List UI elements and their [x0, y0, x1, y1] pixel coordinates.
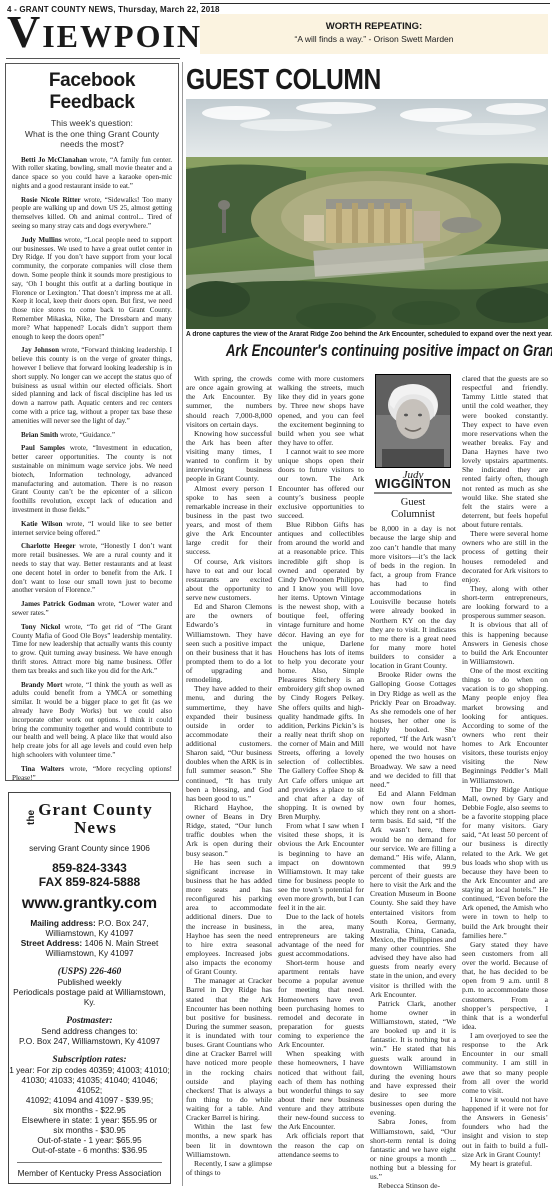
rate-line: Out-of-state - 6 months: $36.95	[9, 1145, 170, 1155]
commenter-name: Charlotte Heeger	[21, 542, 76, 550]
postmaster-line2: P.O. Box 247, Williamstown, Ky 41097	[9, 1036, 170, 1046]
article-paragraph: He has seen such a significant increase …	[186, 858, 272, 977]
article-paragraph: There were several home owners who are s…	[462, 529, 548, 584]
byline-block: Judy WIGGINTON Guest Columnist	[370, 374, 456, 520]
facebook-comment: Brandy Mort wrote, “I think the youth as…	[12, 681, 172, 760]
facebook-comment: Charlotte Heeger wrote, “Honestly I don’…	[12, 542, 172, 595]
paper-info-box: the Grant County News serving Grant Coun…	[8, 792, 171, 1184]
commenter-name: Katie Wilson	[21, 520, 62, 528]
facebook-comment: Paul Samples wrote, “Investment in educa…	[12, 444, 172, 514]
ark-aerial-photo-illustration	[186, 99, 548, 329]
rate-line: 41092; 41094 and 41097 - $39.95;	[9, 1095, 170, 1105]
published-weekly: Published weekly	[9, 977, 170, 987]
guest-column-header: GUEST COLUMN	[186, 64, 381, 97]
facebook-feedback-section: Facebook Feedback This week's question: …	[5, 63, 179, 781]
article-paragraph: Ark officials report that the reason the…	[278, 1131, 364, 1158]
article-paragraph: Gary stated they have seen customers fro…	[462, 940, 548, 1031]
article-paragraph: One of the most exciting things to do wh…	[462, 666, 548, 785]
article-column-2: come with more customers walking the str…	[278, 374, 364, 1196]
article-paragraph: It is obvious that all of this is happen…	[462, 620, 548, 666]
newspaper-page: 4 - GRANT COUNTY NEWS, Thursday, March 2…	[0, 0, 552, 1200]
article-paragraph: I cannot wait to see more unique shops o…	[278, 447, 364, 520]
article-paragraph: Of course, Ark visitors have to eat and …	[186, 557, 272, 603]
article-paragraph: Ed and Alann Feldman now own four homes,…	[370, 789, 456, 999]
ark-aerial-photo	[186, 99, 548, 329]
paper-title-line2: News	[74, 818, 117, 837]
usps-number: (USPS) 226-460	[9, 967, 170, 977]
article-paragraph: When speaking with these homeowners, I h…	[278, 1049, 364, 1131]
article-paragraph: Almost every person I spoke to has seen …	[186, 484, 272, 557]
rate-line: Out-of-state - 1 year: $65.95	[9, 1135, 170, 1145]
postmaster-label: Postmaster:	[9, 1016, 170, 1026]
facebook-comment: Brian Smith wrote, “Guidance.”	[12, 431, 172, 440]
paper-fax: FAX 859-824-5888	[9, 875, 170, 889]
article-paragraph: Blue Ribbon Gifts has antiques and colle…	[278, 520, 364, 821]
article-paragraph: Richard Hayhoe, the owner of Beans in Dr…	[186, 803, 272, 858]
facebook-comment: Judy Mullins wrote, “Local people need t…	[12, 236, 172, 342]
rate-line: 41030; 41033; 41035; 41040; 41046; 41052…	[9, 1075, 170, 1095]
article-paragraph: Ed and Sharon Clemons are the owners of …	[186, 602, 272, 684]
article-paragraph: They, along with other short-term entrep…	[462, 584, 548, 621]
rate-line: Elsewhere in state: 1 year: $55.95 or	[9, 1115, 170, 1125]
article-paragraph: Knowing how successful the Ark has been …	[186, 429, 272, 484]
weekly-question-intro: This week's question:	[12, 118, 172, 129]
commenter-name: Brandy Mort	[21, 681, 62, 689]
rate-line: 1 year: For zip codes 40359; 41003; 4101…	[9, 1065, 170, 1075]
brand-the: the	[27, 813, 37, 825]
facebook-comment: Tony Nickol wrote, “To get rid of “The G…	[12, 623, 172, 676]
article-paragraph: With spring, the crowds are once again g…	[186, 374, 272, 429]
article-paragraph: Within the last few months, a new spark …	[186, 1122, 272, 1159]
columnist-role: Guest Columnist	[383, 497, 443, 520]
article-paragraph: Due to the lack of hotels in the area, m…	[278, 912, 364, 958]
article-paragraph: come with more customers walking the str…	[278, 374, 364, 447]
mailing-address-line: Mailing address: P.O. Box 247,	[9, 918, 170, 928]
columnist-portrait	[375, 374, 451, 468]
commenter-name: Judy Mullins	[21, 236, 62, 244]
article-paragraph: Recently, I saw a glimpse of things to	[186, 1159, 272, 1177]
commenter-name: Tina Walters	[21, 765, 64, 773]
article-paragraph: Sabra Jones, from Williamstown, said, “O…	[370, 1117, 456, 1181]
postmaster-line1: Send address changes to:	[9, 1026, 170, 1036]
paper-phone: 859-824-3343	[9, 861, 170, 875]
rate-line: six months - $30.95	[9, 1125, 170, 1135]
facebook-comment: Tina Walters wrote, “More recycling opti…	[12, 765, 172, 781]
commenter-name: Betti Jo McClanahan	[21, 156, 87, 164]
paper-website: www.grantky.com	[9, 899, 170, 909]
article-column-4: clared that the guests are so respectful…	[462, 374, 548, 1196]
column-divider	[182, 62, 183, 1186]
facebook-comment: Betti Jo McClanahan wrote, “A family fun…	[12, 156, 172, 191]
article-paragraph: I know it would not have happened if it …	[462, 1095, 548, 1159]
commenter-name: Rosie Nicole Ritter	[21, 196, 81, 204]
article-paragraph: be 8,000 in a day is not because the lar…	[370, 524, 456, 670]
mailing-address-city: Williamstown, Ky 41097	[9, 928, 170, 938]
facebook-comment: Katie Wilson wrote, “I would like to see…	[12, 520, 172, 538]
top-rule	[200, 3, 550, 4]
article-paragraph: From what I saw when I visited these sho…	[278, 821, 364, 912]
article-paragraph: Short-term house and apartment rentals h…	[278, 958, 364, 1049]
worth-repeating-quote: “A will finds a way.” - Orison Swett Mar…	[200, 34, 548, 44]
street-address-city: Williamstown, Ky 41097	[9, 948, 170, 958]
commenter-name: Brian Smith	[21, 431, 58, 439]
commenter-name: James Patrick Godman	[21, 600, 95, 608]
street-address-line: Street Address: 1406 N. Main Street	[9, 938, 170, 948]
commenter-name: Paul Samples	[21, 444, 65, 452]
weekly-question: What is the one thing Grant County needs…	[12, 129, 172, 150]
worth-repeating-box: WORTH REPEATING: “A will finds a way.” -…	[200, 14, 548, 54]
byline-rule	[374, 492, 452, 494]
article-paragraph: Patrick Clark, another home owner in Wil…	[370, 999, 456, 1118]
worth-repeating-label: WORTH REPEATING:	[200, 21, 548, 32]
paper-tagline: serving Grant County since 1906	[9, 843, 170, 853]
paper-brand: the Grant County News	[9, 801, 170, 837]
masthead-rule	[6, 58, 180, 59]
article-paragraph: I am overjoyed to see the response to th…	[462, 1031, 548, 1095]
article-paragraph: The Dry Ridge Antique Mall, owned by Gar…	[462, 785, 548, 940]
article-column-3-text: be 8,000 in a day is not because the lar…	[370, 524, 456, 1190]
article-paragraph: Brooke Rider owns the Galloping Goose Co…	[370, 670, 456, 789]
press-association-note: Member of Kentucky Press Association	[17, 1162, 162, 1178]
article-paragraph: Rebecca Stinson de-	[370, 1181, 456, 1190]
columnist-last-name: WIGGINTON	[370, 480, 456, 489]
facebook-comment: Rosie Nicole Ritter wrote, “Sidewalks! T…	[12, 196, 172, 231]
article-paragraph: clared that the guests are so respectful…	[462, 374, 548, 529]
facebook-comment: James Patrick Godman wrote, “Lower water…	[12, 600, 172, 618]
article-column-3: Judy WIGGINTON Guest Columnist be 8,000 …	[370, 374, 456, 1196]
facebook-feedback-title: Facebook Feedback	[12, 70, 172, 114]
periodicals-note: Periodicals postage paid at Williamstown…	[9, 987, 170, 1007]
commenter-name: Jay Johnson	[21, 346, 59, 354]
article-paragraph: They have added to their menu, and durin…	[186, 684, 272, 803]
article-paragraph: My heart is grateful.	[462, 1159, 548, 1168]
commenter-name: Tony Nickol	[21, 623, 60, 631]
article-column-1: With spring, the crowds are once again g…	[186, 374, 272, 1196]
paper-title: Grant County News	[38, 801, 152, 837]
photo-caption: A drone captures the view of the Ararat …	[186, 331, 526, 338]
article-headline: Ark Encounter's continuing positive impa…	[226, 341, 508, 361]
section-masthead: Viewpoint	[7, 8, 225, 56]
facebook-comments-list: Betti Jo McClanahan wrote, “A family fun…	[12, 156, 172, 782]
subscription-rates: 1 year: For zip codes 40359; 41003; 4101…	[9, 1065, 170, 1155]
paper-title-line1: Grant County	[38, 800, 152, 819]
facebook-comment: Jay Johnson wrote, “Forward thinking lea…	[12, 346, 172, 425]
rate-line: six months - $22.95	[9, 1105, 170, 1115]
subscription-rates-label: Subscription rates:	[9, 1055, 170, 1065]
article-paragraph: The manager at Cracker Barrel in Dry Rid…	[186, 976, 272, 1122]
paper-addresses: Mailing address: P.O. Box 247, Williamst…	[9, 918, 170, 958]
